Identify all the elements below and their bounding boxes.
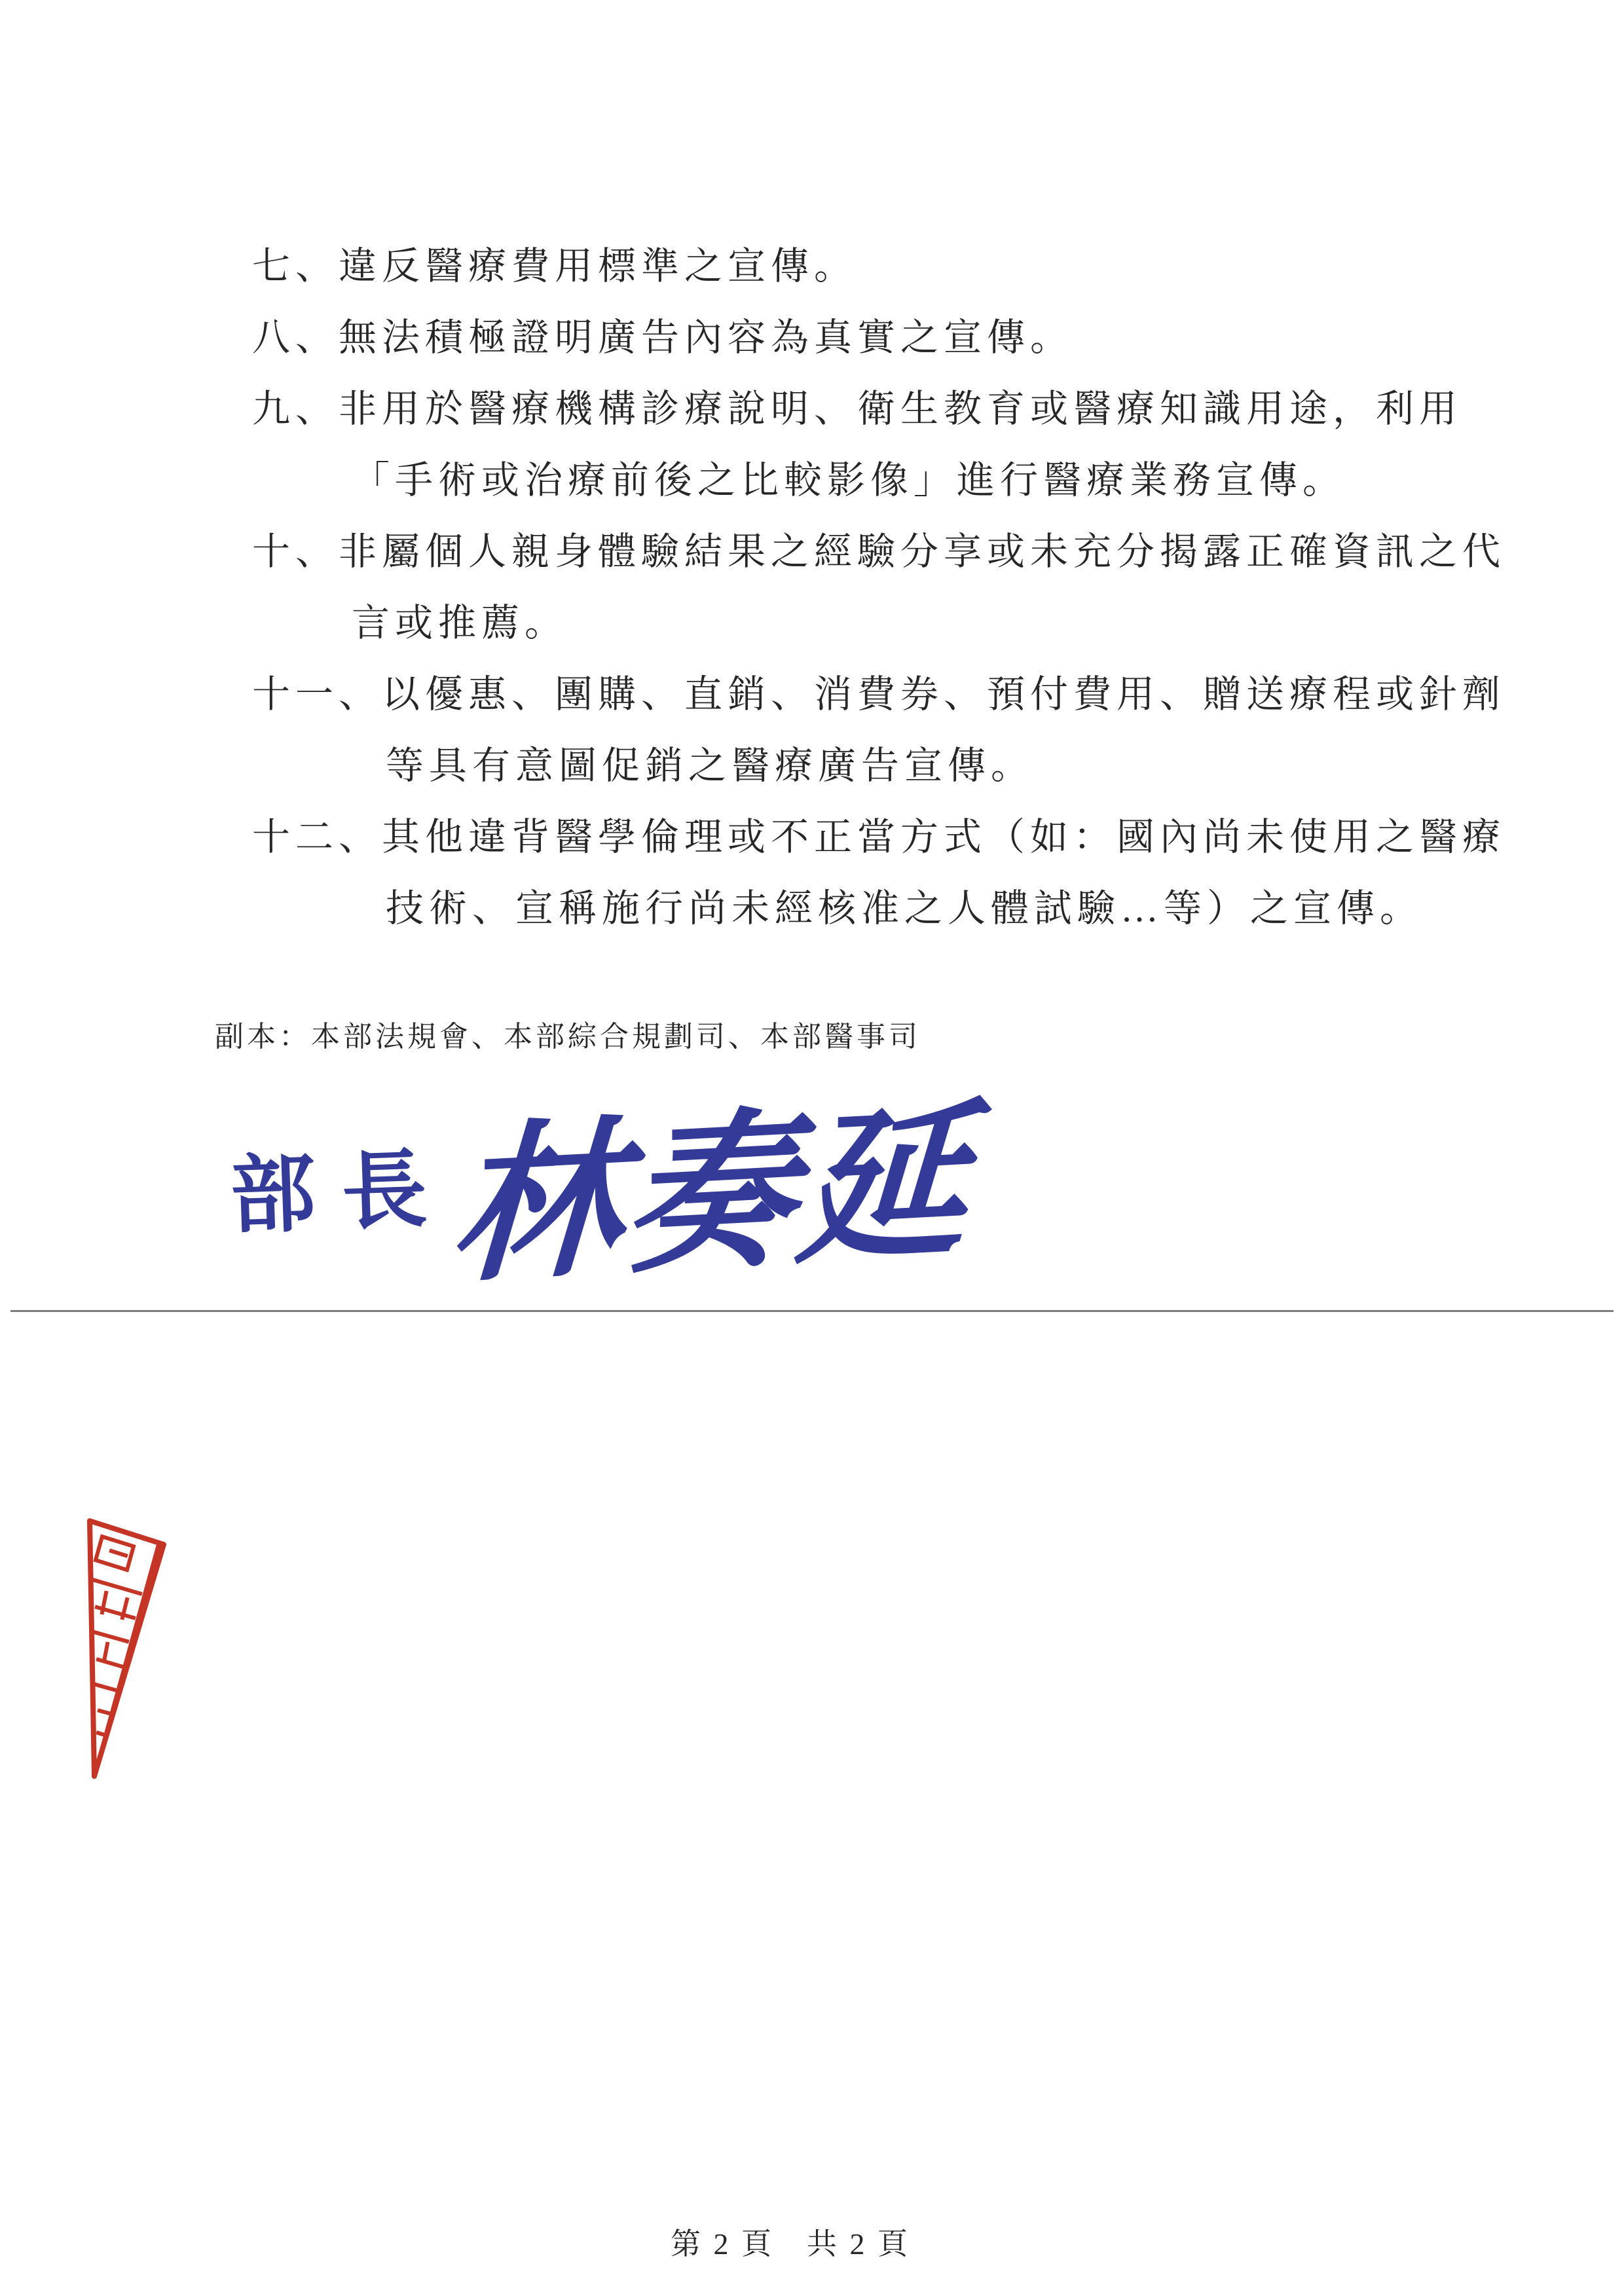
list-item: 十二、其他違背醫學倫理或不正當方式（如：國內尚未使用之醫療 [252, 801, 1505, 873]
list-item-continuation: 言或推薦。 [252, 587, 1505, 659]
item-text-line: 非用於醫療機構診療說明、衛生教育或醫療知識用途，利用 [339, 388, 1462, 430]
item-text-line: 非屬個人親身體驗結果之經驗分享或未充分揭露正確資訊之代 [339, 530, 1505, 573]
list-item-continuation: 技術、宣稱施行尚未經核准之人體試驗…等）之宣傳。 [252, 873, 1505, 944]
list-item: 十、非屬個人親身體驗結果之經驗分享或未充分揭露正確資訊之代 [252, 516, 1505, 587]
item-text-line: 「手術或治療前後之比較影像」進行醫療業務宣傳。 [352, 459, 1346, 501]
list-item: 九、非用於醫療機構診療說明、衛生教育或醫療知識用途，利用 [252, 373, 1505, 445]
minister-title-handwriting: 部長 [229, 1143, 455, 1245]
minister-signature: 林奏延 [447, 1081, 975, 1311]
item-text-line: 言或推薦。 [352, 602, 568, 644]
item-text-line: 以優惠、團購、直銷、消費券、預付費用、贈送療程或針劑 [382, 673, 1505, 716]
list-item: 十一、以優惠、團購、直銷、消費券、預付費用、贈送療程或針劑 [252, 659, 1505, 730]
item-number: 十、 [252, 530, 339, 573]
scanned-document-page: 七、違反醫療費用標準之宣傳。 八、無法積極證明廣告內容為真實之宣傳。 九、非用於… [0, 0, 1624, 2296]
divider-line [10, 1310, 1614, 1312]
item-number: 十二、 [252, 816, 382, 858]
item-number: 七、 [252, 245, 339, 287]
prohibited-practices-list: 七、違反醫療費用標準之宣傳。 八、無法積極證明廣告內容為真實之宣傳。 九、非用於… [252, 230, 1505, 944]
item-number: 十一、 [252, 673, 382, 716]
list-item-continuation: 「手術或治療前後之比較影像」進行醫療業務宣傳。 [252, 445, 1505, 516]
list-item-continuation: 等具有意圖促銷之醫療廣告宣傳。 [252, 730, 1505, 801]
cc-recipients-line: 副本：本部法規會、本部綜合規劃司、本部醫事司 [215, 1017, 921, 1057]
item-text-line: 無法積極證明廣告內容為真實之宣傳。 [339, 316, 1073, 359]
page-footer: 第 2 頁 共 2 頁 [671, 2225, 910, 2264]
item-number: 八、 [252, 316, 339, 359]
item-text-line: 等具有意圖促銷之醫療廣告宣傳。 [386, 744, 1034, 787]
official-seal-icon [65, 1503, 177, 1784]
list-item: 七、違反醫療費用標準之宣傳。 [252, 230, 1505, 302]
list-item: 八、無法積極證明廣告內容為真實之宣傳。 [252, 302, 1505, 373]
item-text-line: 其他違背醫學倫理或不正當方式（如：國內尚未使用之醫療 [382, 816, 1505, 858]
item-text-line: 技術、宣稱施行尚未經核准之人體試驗…等）之宣傳。 [386, 887, 1423, 930]
item-text-line: 違反醫療費用標準之宣傳。 [339, 245, 857, 287]
item-number: 九、 [252, 388, 339, 430]
